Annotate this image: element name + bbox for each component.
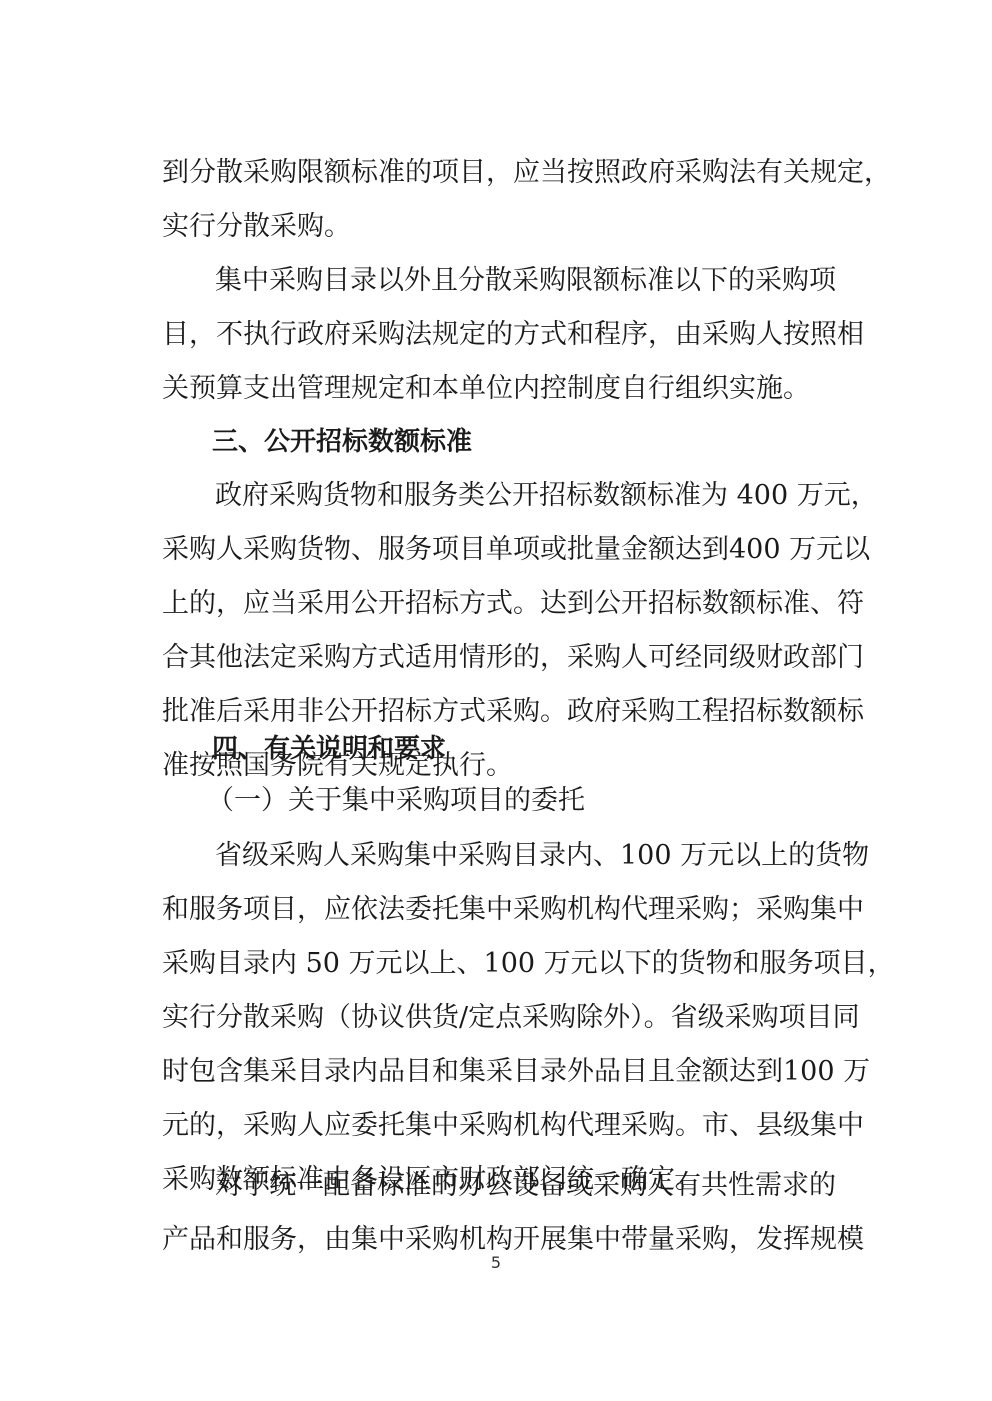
page-number: 5 xyxy=(0,1253,992,1272)
paragraph-line: 采购人采购货物、服务项目单项或批量金额达到400 万元以 xyxy=(162,530,834,570)
paragraph-line: 省级采购人采购集中采购目录内、100 万元以上的货物 xyxy=(215,836,834,876)
paragraph-line: 批准后采用非公开招标方式采购。政府采购工程招标数额标 xyxy=(162,692,834,732)
subsection-heading-1: （一）关于集中采购项目的委托 xyxy=(207,781,807,821)
document-page: 到分散采购限额标准的项目，应当按照政府采购法有关规定， 实行分散采购。 集中采购… xyxy=(0,0,992,1401)
paragraph-line: 集中采购目录以外且分散采购限额标准以下的采购项 xyxy=(215,261,834,301)
paragraph-line: 上的，应当采用公开招标方式。达到公开招标数额标准、符 xyxy=(162,584,834,624)
paragraph-line: 元的，采购人应委托集中采购机构代理采购。市、县级集中 xyxy=(162,1106,834,1146)
paragraph-line: 采购目录内 50 万元以上、100 万元以下的货物和服务项目， xyxy=(162,944,834,984)
paragraph-line: 对于统一配备标准的办公设备或采购人有共性需求的 xyxy=(215,1166,834,1206)
paragraph-line: 目，不执行政府采购法规定的方式和程序，由采购人按照相 xyxy=(162,315,834,355)
paragraph-line: 政府采购货物和服务类公开招标数额标准为 400 万元， xyxy=(215,476,834,516)
paragraph-line: 和服务项目，应依法委托集中采购机构代理采购；采购集中 xyxy=(162,890,834,930)
paragraph-line: 合其他法定采购方式适用情形的，采购人可经同级财政部门 xyxy=(162,638,834,678)
paragraph-line: 实行分散采购。 xyxy=(162,207,834,247)
section-heading-3: 三、公开招标数额标准 xyxy=(212,422,812,462)
paragraph-line: 时包含集采目录内品目和集采目录外品目且金额达到100 万 xyxy=(162,1052,834,1092)
section-heading-4: 四、有关说明和要求 xyxy=(212,729,812,769)
paragraph-line: 实行分散采购（协议供货/定点采购除外）。省级采购项目同 xyxy=(162,998,834,1038)
paragraph-line: 关预算支出管理规定和本单位内控制度自行组织实施。 xyxy=(162,369,834,409)
paragraph-line: 到分散采购限额标准的项目，应当按照政府采购法有关规定， xyxy=(162,153,834,193)
